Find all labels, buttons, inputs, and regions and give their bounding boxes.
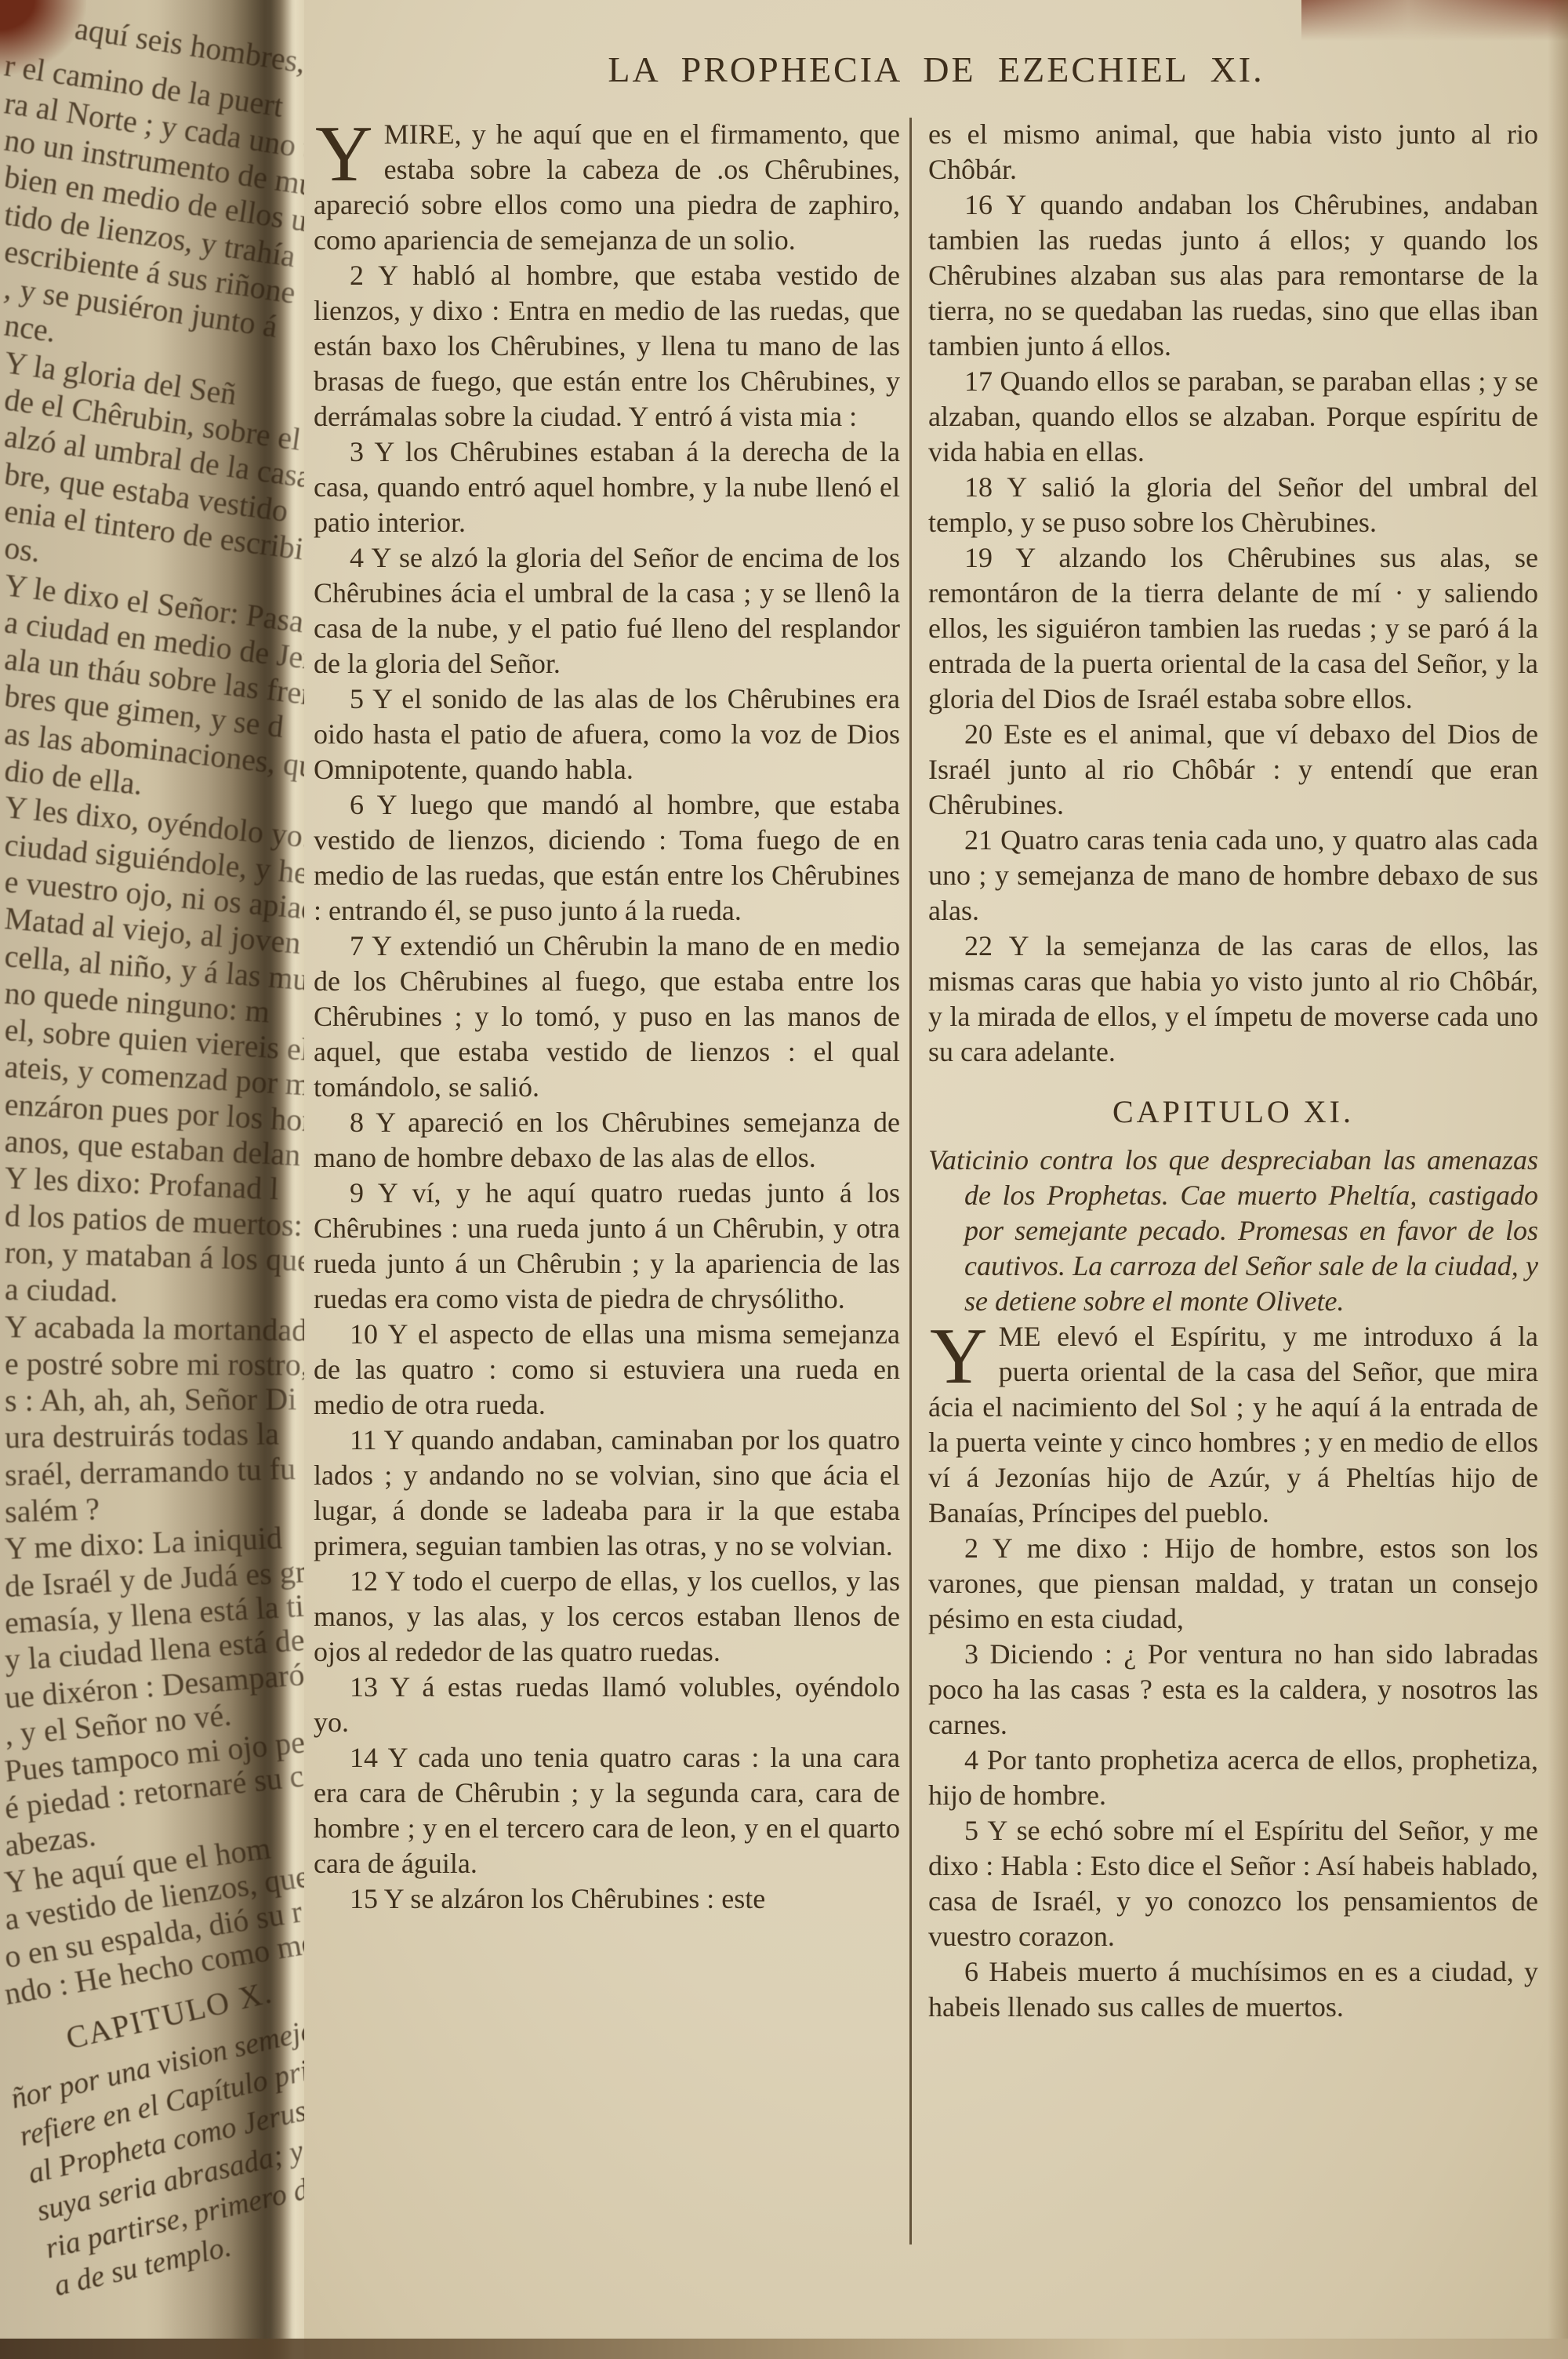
drop-cap-initial: Y [928, 1319, 999, 1388]
verse-paragraph: 3 Diciendo : ¿ Por ventura no han sido l… [928, 1637, 1538, 1743]
verse-paragraph: 12 Y todo el cuerpo de ellas, y los cuel… [314, 1564, 900, 1670]
verse-paragraph: 8 Y apareció en los Chêrubines semejanza… [314, 1105, 900, 1176]
verse-paragraph: 21 Quatro caras tenia cada uno, y quatro… [928, 823, 1538, 929]
column-left: YMIRE, y he aquí que en el firmamento, q… [314, 117, 900, 2025]
gutter-text-fragment: ura destruirás todas la [5, 1416, 279, 1456]
previous-page-edge: aquí seis hombres,r el camino de la puer… [0, 0, 304, 2359]
column-right: es el mismo animal, que habia visto junt… [928, 117, 1538, 2025]
verse-paragraph: 10 Y el aspecto de ellas una misma semej… [314, 1317, 900, 1423]
verse-paragraph: 17 Quando ellos se paraban, se paraban e… [928, 364, 1538, 470]
verse-paragraph: 4 Por tanto prophetiza acerca de ellos, … [928, 1743, 1538, 1813]
verses-chapter-eleven: 2 Y me dixo : Hijo de hombre, estos son … [928, 1531, 1538, 2025]
verse-paragraph: 22 Y la semejanza de las caras de ellos,… [928, 929, 1538, 1070]
verse-paragraph: 5 Y el sonido de las alas de los Chêrubi… [314, 682, 900, 787]
verse-paragraph: 19 Y alzando los Chêrubines sus alas, se… [928, 540, 1538, 717]
verse-paragraph: 18 Y salió la gloria del Señor del umbra… [928, 470, 1538, 540]
previous-chapter-block: CAPITULO X. ñor por una vision semejanre… [0, 1953, 304, 2306]
verse-paragraph: 4 Y se alzó la gloria del Señor de encim… [314, 540, 900, 682]
verse-paragraph: 11 Y quando andaban, caminaban por los q… [314, 1423, 900, 1564]
verse-paragraph: 14 Y cada uno tenia quatro caras : la un… [314, 1740, 900, 1881]
opening-text: MIRE, y he aquí que en el firmamento, qu… [314, 118, 900, 256]
chapter-opening: YME elevó el Espíritu, y me introduxo á … [928, 1319, 1538, 1531]
verse-paragraph: 7 Y extendió un Chêrubin la mano de en m… [314, 929, 900, 1105]
verse-paragraph: 2 Y me dixo : Hijo de hombre, estos son … [928, 1531, 1538, 1637]
chapter-summary: Vaticinio contra los que despreciaban la… [928, 1143, 1538, 1319]
verse-paragraph: 16 Y quando andaban los Chêrubines, anda… [928, 187, 1538, 364]
page-edge-right-shadow [1548, 0, 1568, 2359]
verse-paragraph-opening: YME elevó el Espíritu, y me introduxo á … [928, 1319, 1538, 1531]
verse-paragraph: 2 Y habló al hombre, que estaba vestido … [314, 258, 900, 434]
drop-cap-initial: Y [314, 117, 384, 186]
column-divider [909, 118, 912, 2245]
verse-paragraph: 15 Y se alzáron los Chêrubines : este [314, 1881, 900, 1917]
verse-paragraph: 9 Y ví, y he aquí quatro ruedas junto á … [314, 1176, 900, 1317]
chapter-heading: CAPITULO XI. [928, 1093, 1538, 1130]
continuation-paragraph: es el mismo animal, que habia visto junt… [928, 117, 1538, 187]
verse-paragraph-opening: YMIRE, y he aquí que en el firmamento, q… [314, 117, 900, 258]
gutter-text-fragment: Y acabada la mortandad, [5, 1308, 304, 1348]
verse-paragraph: 3 Y los Chêrubines estaban á la derecha … [314, 434, 900, 540]
binding-corner-top-left [0, 0, 86, 75]
opening-text: ME elevó el Espíritu, y me introduxo á l… [928, 1321, 1538, 1528]
previous-chapter-summary: ñor por una vision semejanrefiere en el … [7, 1998, 304, 2306]
verses-chapter-ten: 16 Y quando andaban los Chêrubines, anda… [928, 187, 1538, 1070]
book-scan: { "title": "LA PROPHECIA DE EZECHIEL XI.… [0, 0, 1568, 2359]
binding-edge-top-right [1301, 0, 1568, 41]
gutter-text-fragment: a ciudad. [5, 1270, 118, 1310]
gutter-text-fragment: os. [2, 529, 42, 569]
verse-paragraph: 13 Y á estas ruedas llamó volubles, oyén… [314, 1670, 900, 1740]
gutter-text-fragment: sraél, derramando tu fu [4, 1450, 296, 1493]
page-edge-bottom [0, 2339, 1568, 2359]
book-page: LA PROPHECIA DE EZECHIEL XI. YMIRE, y he… [304, 0, 1568, 2359]
gutter-text-fragment: s : Ah, ah, ah, Señor Di [5, 1380, 296, 1419]
gutter-text-fragment: e postré sobre mi rostro, [5, 1345, 304, 1383]
verse-paragraph: 5 Y se echó sobre mí el Espíritu del Señ… [928, 1813, 1538, 1954]
verse-paragraph: 20 Este es el animal, que ví debaxo del … [928, 717, 1538, 823]
verse-paragraph: 6 Habeis muerto á muchísimos en es a ciu… [928, 1954, 1538, 2025]
gutter-text-fragment: salém ? [4, 1490, 100, 1530]
verse-paragraph: 6 Y luego que mandó al hombre, que estab… [314, 787, 900, 929]
text-columns: YMIRE, y he aquí que en el firmamento, q… [304, 117, 1568, 2025]
